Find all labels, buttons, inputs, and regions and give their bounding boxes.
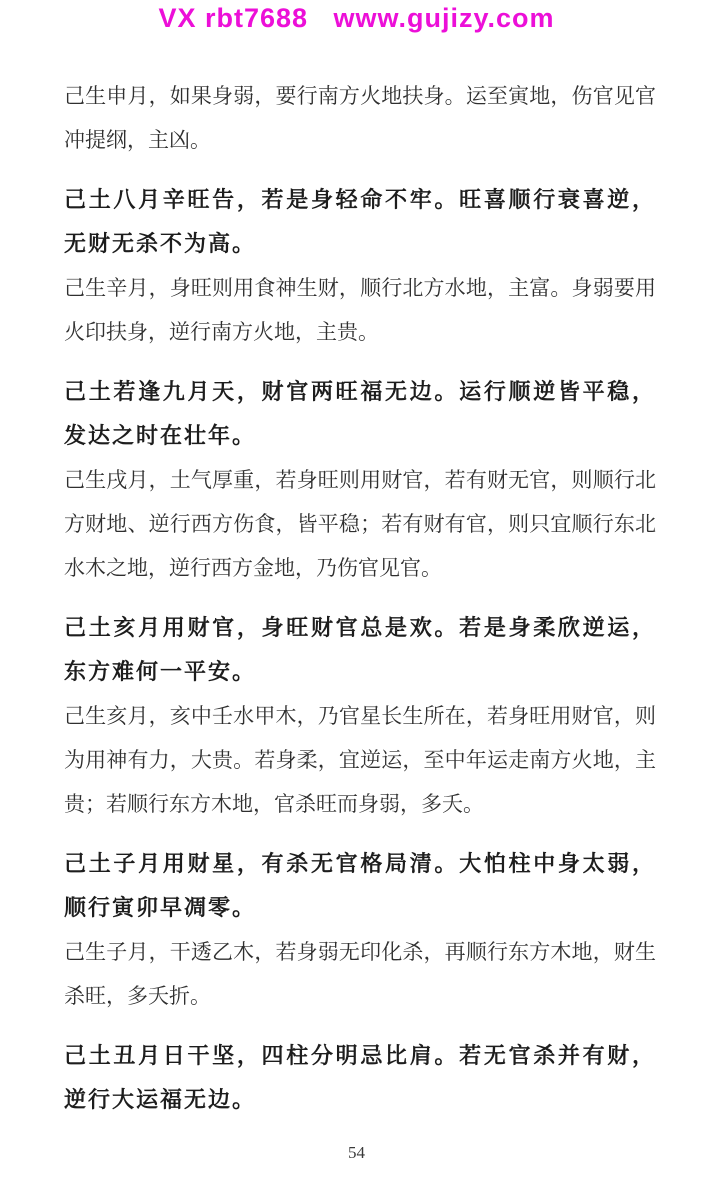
verse-paragraph: 己土八月辛旺告，若是身轻命不牢。旺喜顺行衰喜逆，无财无杀不为高。 (64, 178, 656, 266)
page-content: 己生申月，如果身弱，要行南方火地扶身。运至寅地，伤官见官冲提纲，主凶。 己土八月… (64, 74, 656, 1122)
verse-paragraph: 己土丑月日干坚，四柱分明忌比肩。若无官杀并有财，逆行大运福无边。 (64, 1034, 656, 1122)
verse-paragraph: 己土亥月用财官，身旺财官总是欢。若是身柔欣逆运，东方难何一平安。 (64, 606, 656, 694)
body-paragraph: 己生辛月，身旺则用食神生财，顺行北方水地，主富。身弱要用火印扶身，逆行南方火地，… (64, 266, 656, 354)
verse-paragraph: 己土子月用财星，有杀无官格局清。大怕柱中身太弱，顺行寅卯早凋零。 (64, 842, 656, 930)
verse-paragraph: 己土若逢九月天，财官两旺福无边。运行顺逆皆平稳，发达之时在壮年。 (64, 370, 656, 458)
scanned-book-page: VX rbt7688 www.gujizy.com 己生申月，如果身弱，要行南方… (0, 0, 713, 1194)
body-paragraph: 己生戌月，土气厚重，若身旺则用财官，若有财无官，则顺行北方财地、逆行西方伤食，皆… (64, 458, 656, 590)
body-paragraph: 己生子月，干透乙木，若身弱无印化杀，再顺行东方木地，财生杀旺，多夭折。 (64, 930, 656, 1018)
body-paragraph: 己生申月，如果身弱，要行南方火地扶身。运至寅地，伤官见官冲提纲，主凶。 (64, 74, 656, 162)
body-paragraph: 己生亥月，亥中壬水甲木，乃官星长生所在，若身旺用财官，则为用神有力，大贵。若身柔… (64, 694, 656, 826)
watermark-text: VX rbt7688 www.gujizy.com (0, 3, 713, 33)
page-number: 54 (0, 1143, 713, 1163)
